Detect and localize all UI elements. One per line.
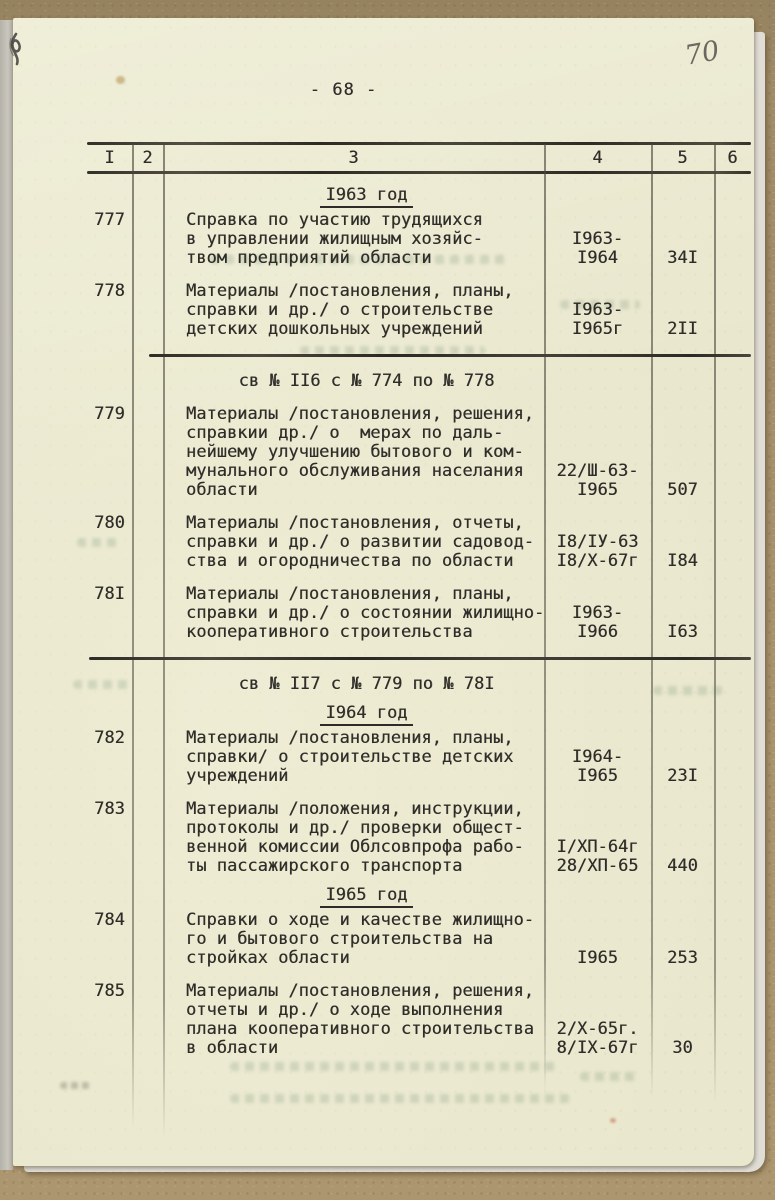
row-count: 253 xyxy=(651,911,714,968)
year-heading-text: I964 год xyxy=(320,704,414,726)
date-line: I963- xyxy=(544,604,651,623)
row-description: Справки о ходе и качестве жилищно-го и б… xyxy=(163,911,544,968)
description-line: го и бытового строительства на xyxy=(186,930,544,949)
table-row: 782Материалы /постановления, планы,справ… xyxy=(87,729,751,786)
row-description: Материалы /постановления, планы,справки … xyxy=(163,282,544,339)
row-count: 507 xyxy=(651,405,714,500)
table-row: 780Материалы /постановления, отчеты,спра… xyxy=(87,514,751,571)
bundle-heading: св № II6 с № 774 по № 778 xyxy=(176,372,557,391)
row-dates: I963-I964 xyxy=(544,211,651,268)
row-count: I63 xyxy=(651,585,714,642)
row-number: 782 xyxy=(87,729,132,786)
empty-cell xyxy=(714,729,751,786)
description-line: кооперативного строительства xyxy=(186,623,544,642)
description-line: Материалы /постановления, отчеты, xyxy=(186,514,544,533)
description-line: в области xyxy=(186,1039,544,1058)
empty-cell xyxy=(714,514,751,571)
handwritten-page-number: 70 xyxy=(683,35,722,71)
description-line: Материалы /положения, инструкции, xyxy=(186,800,544,819)
column-header-4: 4 xyxy=(544,149,651,168)
spacer-cell xyxy=(132,729,163,786)
description-line: справки и др./ о развитии садовод- xyxy=(186,533,544,552)
table-row: 784Справки о ходе и качестве жилищно-го … xyxy=(87,911,751,968)
spacer-cell xyxy=(132,911,163,968)
empty-cell xyxy=(714,800,751,876)
description-line: детских дошкольных учреждений xyxy=(186,320,544,339)
row-number: 778 xyxy=(87,282,132,339)
spacer-cell xyxy=(132,585,163,642)
table-row: 778Материалы /постановления, планы,справ… xyxy=(87,282,751,339)
table-row: 779Материалы /постановления, решения,спр… xyxy=(87,405,751,500)
table-row: 783Материалы /положения, инструкции,прот… xyxy=(87,800,751,876)
row-number: 777 xyxy=(87,211,132,268)
bundle-heading-text: св № II6 с № 774 по № 778 xyxy=(176,372,557,391)
count-value: 440 xyxy=(651,857,714,876)
row-number: 780 xyxy=(87,514,132,571)
description-line: ты пассажирского транспорта xyxy=(186,857,544,876)
empty-cell xyxy=(714,211,751,268)
year-heading: I965 год xyxy=(176,886,557,908)
description-line: твом предприятий области xyxy=(186,249,544,268)
date-line: I964- xyxy=(544,748,651,767)
row-number: 783 xyxy=(87,800,132,876)
description-line: ства и огородничества по области xyxy=(186,552,544,571)
date-line: I965 xyxy=(544,481,651,500)
description-line: Материалы /постановления, планы, xyxy=(186,729,544,748)
date-line: I965 xyxy=(544,949,651,968)
row-description: Материалы /положения, инструкции,протоко… xyxy=(163,800,544,876)
description-line: нейшему улучшению бытового и ком- xyxy=(186,443,544,462)
description-line: плана кооперативного строительства xyxy=(186,1020,544,1039)
spacer-cell xyxy=(132,514,163,571)
count-value: 30 xyxy=(651,1039,714,1058)
description-line: отчеты и др./ о ходе выполнения xyxy=(186,1001,544,1020)
section-divider-line xyxy=(149,354,751,357)
row-description: Материалы /постановления, планы,справки … xyxy=(163,585,544,642)
empty-cell xyxy=(714,982,751,1058)
row-count: 2II xyxy=(651,282,714,339)
date-line: I963- xyxy=(544,301,651,320)
date-line: I963- xyxy=(544,230,651,249)
description-line: Материалы /постановления, планы, xyxy=(186,282,544,301)
description-line: венной комиссии Облсовпрофа рабо- xyxy=(186,838,544,857)
row-count: 23I xyxy=(651,729,714,786)
row-number: 785 xyxy=(87,982,132,1058)
section-divider-line xyxy=(89,657,751,660)
count-value: 23I xyxy=(651,767,714,786)
bundle-heading-text: св № II7 с № 779 по № 78I xyxy=(176,675,557,694)
row-number: 78I xyxy=(87,585,132,642)
year-heading: I963 год xyxy=(176,186,557,208)
row-dates: I8/IУ-63I8/Х-67г xyxy=(544,514,651,571)
row-dates: 2/Х-65г.8/IХ-67г xyxy=(544,982,651,1058)
description-line: Материалы /постановления, планы, xyxy=(186,585,544,604)
column-header-1: I xyxy=(87,149,132,168)
year-heading: I964 год xyxy=(176,704,557,726)
row-dates: I965 xyxy=(544,911,651,968)
row-dates: I/ХП-64г28/ХП-65 xyxy=(544,800,651,876)
row-count: 440 xyxy=(651,800,714,876)
count-value: 2II xyxy=(651,320,714,339)
row-description: Справка по участию трудящихсяв управлени… xyxy=(163,211,544,268)
archive-inventory-table: I 2 3 4 5 6 I963 год777Справка по участи… xyxy=(87,142,751,1058)
count-value: 507 xyxy=(651,481,714,500)
description-line: Справки о ходе и качестве жилищно- xyxy=(186,911,544,930)
column-header-3: 3 xyxy=(163,149,544,168)
table-row: 785Материалы /постановления, решения,отч… xyxy=(87,982,751,1058)
column-header-6: 6 xyxy=(714,149,751,168)
description-line: Материалы /постановления, решения, xyxy=(186,405,544,424)
empty-cell xyxy=(714,282,751,339)
date-line: I/ХП-64г xyxy=(544,838,651,857)
spacer-cell xyxy=(132,800,163,876)
pencil-scribble xyxy=(2,30,32,68)
date-line: 28/ХП-65 xyxy=(544,857,651,876)
typed-page-number: - 68 - xyxy=(0,80,714,100)
empty-cell xyxy=(714,405,751,500)
count-value: 253 xyxy=(651,949,714,968)
table-row: 78IМатериалы /постановления, планы,справ… xyxy=(87,585,751,642)
count-value: I84 xyxy=(651,552,714,571)
row-dates: I964-I965 xyxy=(544,729,651,786)
year-heading-text: I963 год xyxy=(320,186,414,208)
year-heading-text: I965 год xyxy=(320,886,414,908)
scan-background: { "page": { "number_label": "- 68 -", "c… xyxy=(0,0,775,1200)
date-line: 22/Ш-63- xyxy=(544,462,651,481)
description-line: учреждений xyxy=(186,767,544,786)
description-line: Материалы /постановления, решения, xyxy=(186,982,544,1001)
row-dates: I963-I965г xyxy=(544,282,651,339)
row-description: Материалы /постановления, решения,отчеты… xyxy=(163,982,544,1058)
description-line: в управлении жилищным хозяйс- xyxy=(186,230,544,249)
count-value: I63 xyxy=(651,623,714,642)
date-line: 8/IХ-67г xyxy=(544,1039,651,1058)
empty-cell xyxy=(714,585,751,642)
date-line: I965 xyxy=(544,767,651,786)
date-line: I8/IУ-63 xyxy=(544,533,651,552)
row-count: 34I xyxy=(651,211,714,268)
date-line: I966 xyxy=(544,623,651,642)
description-line: справки и др./ о строительстве xyxy=(186,301,544,320)
ink-bleed-through xyxy=(60,1082,90,1089)
bundle-heading: св № II7 с № 779 по № 78I xyxy=(176,675,557,694)
description-line: справкии др./ о мерах по даль- xyxy=(186,424,544,443)
description-line: справки и др./ о состоянии жилищно- xyxy=(186,604,544,623)
row-number: 779 xyxy=(87,405,132,500)
column-header-5: 5 xyxy=(651,149,714,168)
table-row: 777Справка по участию трудящихсяв управл… xyxy=(87,211,751,268)
description-line: области xyxy=(186,481,544,500)
spacer-cell xyxy=(132,982,163,1058)
description-line: справки/ о строительстве детских xyxy=(186,748,544,767)
description-line: мунального обслуживания населания xyxy=(186,462,544,481)
row-dates: 22/Ш-63-I965 xyxy=(544,405,651,500)
ink-bleed-through xyxy=(230,1062,560,1071)
ink-bleed-through xyxy=(230,1094,570,1103)
spacer-cell xyxy=(132,282,163,339)
row-count: I84 xyxy=(651,514,714,571)
spacer-cell xyxy=(132,211,163,268)
empty-cell xyxy=(714,911,751,968)
description-line: стройках области xyxy=(186,949,544,968)
document-page: - 68 - 70 I 2 3 4 5 6 I963 год777Справка… xyxy=(13,18,754,1166)
date-line: 2/Х-65г. xyxy=(544,1020,651,1039)
date-line: I964 xyxy=(544,249,651,268)
column-header-2: 2 xyxy=(132,149,163,168)
row-description: Материалы /постановления, отчеты,справки… xyxy=(163,514,544,571)
row-description: Материалы /постановления, планы,справки/… xyxy=(163,729,544,786)
count-value: 34I xyxy=(651,249,714,268)
row-description: Материалы /постановления, решения,справк… xyxy=(163,405,544,500)
ink-bleed-through xyxy=(580,1072,640,1081)
spacer-cell xyxy=(132,405,163,500)
date-line: I965г xyxy=(544,320,651,339)
date-line: I8/Х-67г xyxy=(544,552,651,571)
row-count: 30 xyxy=(651,982,714,1058)
page-left-edge xyxy=(0,20,13,1170)
row-dates: I963-I966 xyxy=(544,585,651,642)
paper-stain xyxy=(610,1118,616,1123)
description-line: Справка по участию трудящихся xyxy=(186,211,544,230)
description-line: протоколы и др./ проверки общест- xyxy=(186,819,544,838)
row-number: 784 xyxy=(87,911,132,968)
table-body: I963 год777Справка по участию трудящихся… xyxy=(87,175,751,1058)
paper-stain xyxy=(116,76,125,84)
